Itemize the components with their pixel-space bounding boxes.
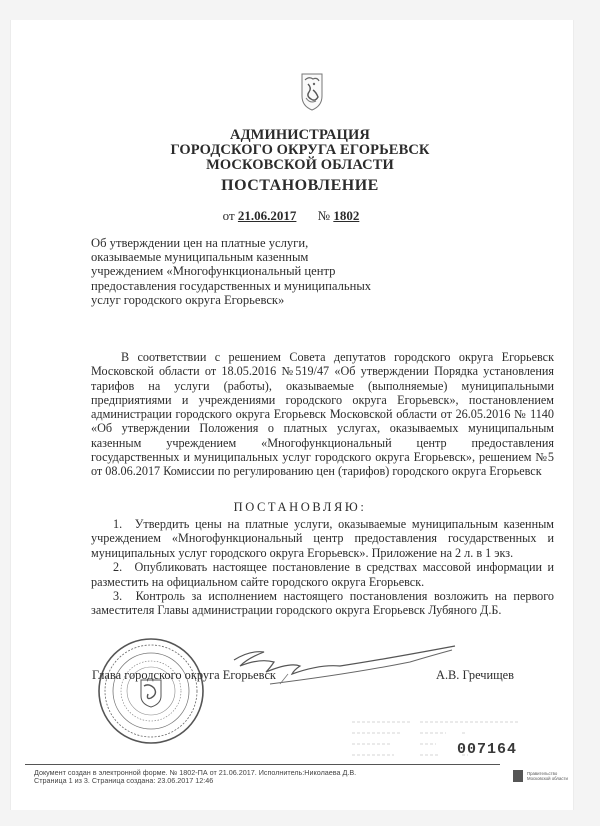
gov-label: Правительство Московской области	[527, 771, 568, 781]
preamble: В соответствии с решением Совета депутат…	[91, 350, 554, 479]
decree-items: 1. Утвердить цены на платные услуги, ока…	[91, 517, 554, 618]
registration-number: 007164	[457, 741, 517, 758]
date-number-line: от 21.06.2017 № 1802	[0, 208, 600, 224]
coat-of-arms-icon	[300, 72, 324, 112]
item-number: 2.	[113, 560, 129, 574]
official-seal-icon	[96, 636, 206, 746]
org-name-line1: АДМИНИСТРАЦИЯ	[0, 128, 600, 143]
subject-line: Об утверждении цен на платные услуги,	[91, 236, 391, 250]
footer-line2: Страница 1 из 3. Страница создана: 23.06…	[34, 777, 356, 785]
document-type: ПОСТАНОВЛЕНИЕ	[0, 178, 600, 193]
org-name-line2: ГОРОДСКОГО ОКРУГА ЕГОРЬЕВСК	[0, 143, 600, 158]
item-number: 3.	[113, 589, 129, 603]
decree-item: 2. Опубликовать настоящее постановление …	[91, 560, 554, 589]
footer-divider	[25, 764, 500, 765]
item-text: Утвердить цены на платные услуги, оказыв…	[91, 517, 554, 560]
decree-item: 3. Контроль за исполнением настоящего по…	[91, 589, 554, 618]
subject-line: предоставления государственных и муницип…	[91, 279, 391, 293]
number-prefix: №	[318, 208, 330, 223]
decree-heading: ПОСТАНОВЛЯЮ:	[0, 500, 600, 515]
item-text: Опубликовать настоящее постановление в с…	[91, 560, 554, 588]
gov-label-line2: Московской области	[527, 776, 568, 781]
preamble-text: В соответствии с решением Совета депутат…	[91, 350, 554, 479]
document-subject: Об утверждении цен на платные услуги, ок…	[91, 236, 391, 307]
subject-line: оказываемые муниципальным казенным	[91, 250, 391, 264]
org-name-line3: МОСКОВСКОЙ ОБЛАСТИ	[0, 158, 600, 173]
item-number: 1.	[113, 517, 129, 531]
moscow-region-gov-logo-icon	[513, 770, 523, 782]
document-number: 1802	[333, 208, 377, 224]
decree-item: 1. Утвердить цены на платные услуги, ока…	[91, 517, 554, 560]
signatory-role: Глава городского округа Егорьевск	[92, 668, 276, 683]
subject-line: услуг городского округа Егорьевск»	[91, 293, 391, 307]
document-date: 21.06.2017	[238, 208, 315, 224]
footer-info: Документ создан в электронной форме. № 1…	[34, 769, 356, 785]
subject-line: учреждением «Многофункциональный центр	[91, 264, 391, 278]
item-text: Контроль за исполнением настоящего поста…	[91, 589, 554, 617]
signatory-name: А.В. Гречищев	[436, 668, 514, 683]
date-prefix: от	[223, 208, 235, 223]
